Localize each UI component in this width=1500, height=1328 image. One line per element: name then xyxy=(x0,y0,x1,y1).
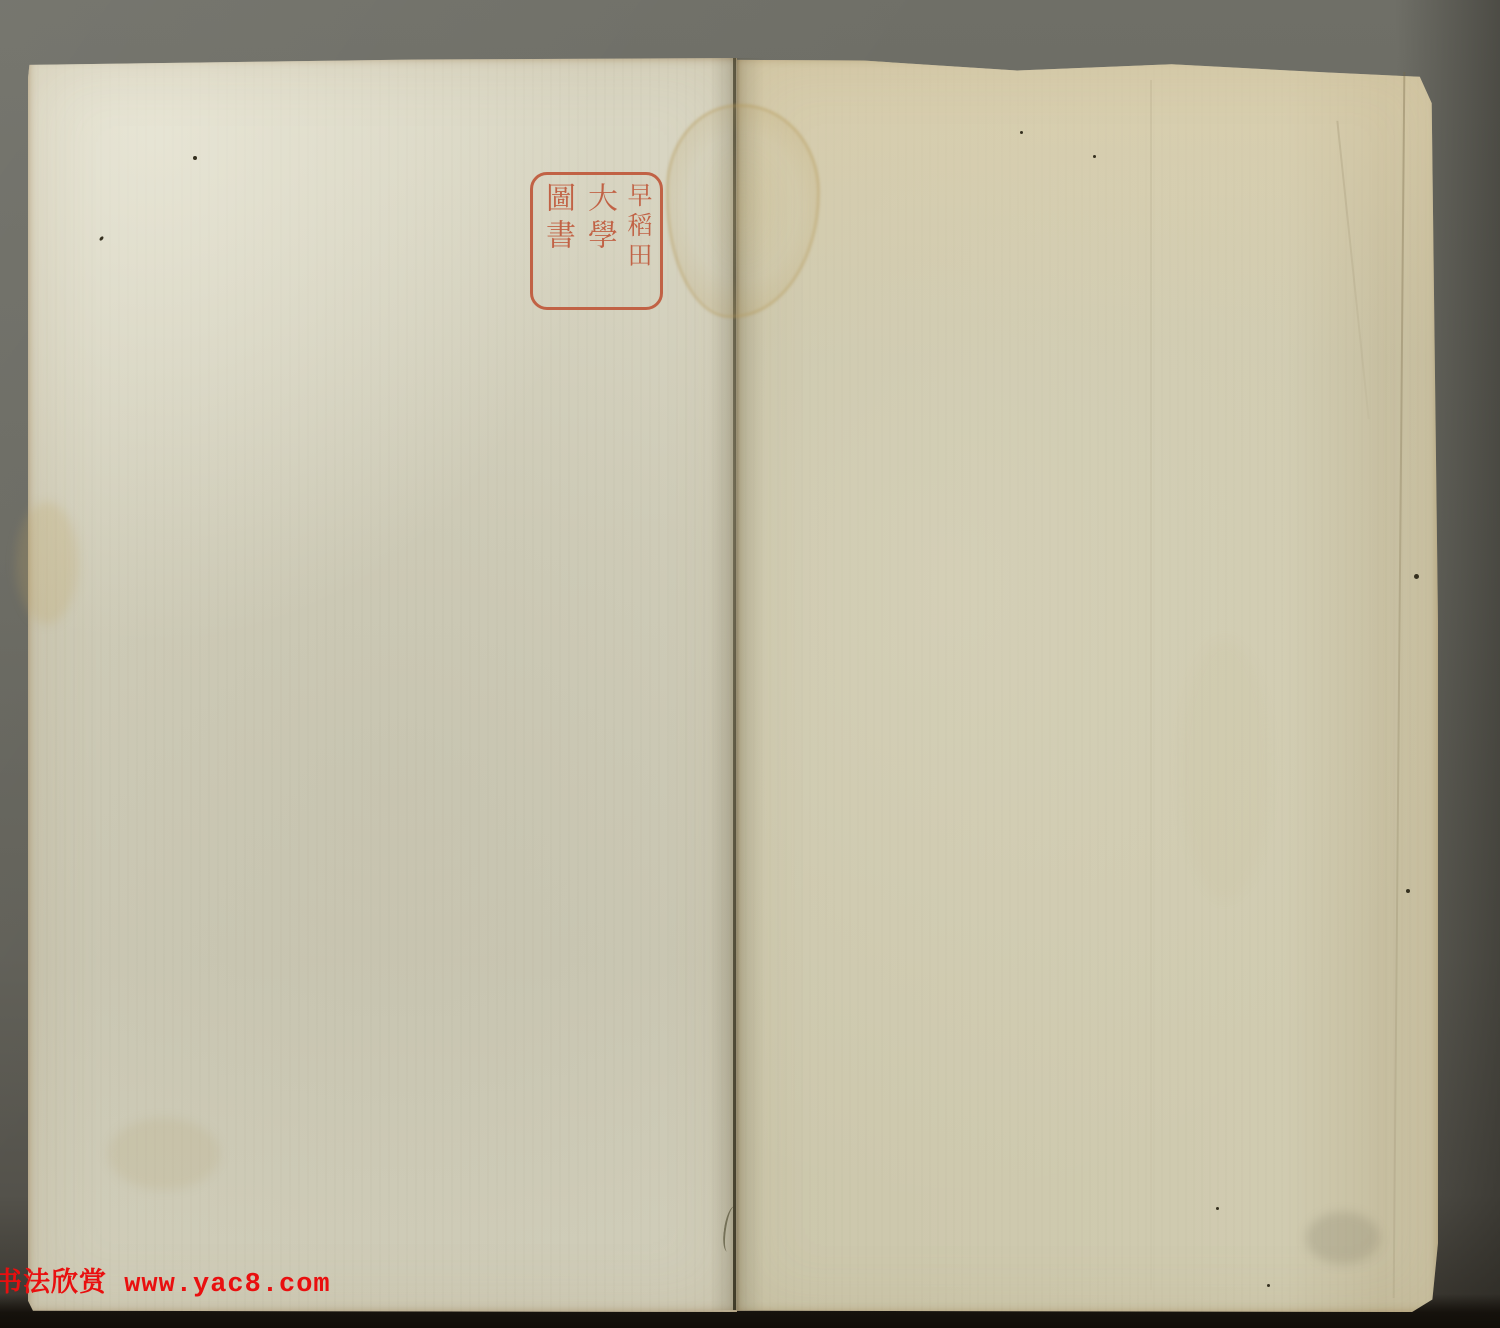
paper-speck xyxy=(1216,1207,1219,1210)
paper-speck xyxy=(193,156,197,160)
paper-speck xyxy=(1093,155,1096,158)
paper-speck xyxy=(1267,1284,1270,1287)
photo-of-open-book: 圖書 大學 早稻田 书法欣赏 www.yac8.com xyxy=(0,0,1500,1328)
stain-left-edge xyxy=(16,502,78,624)
right-page xyxy=(737,58,1438,1312)
page-crease xyxy=(1150,80,1152,1290)
site-watermark: 书法欣赏 www.yac8.com xyxy=(0,1260,331,1300)
seal-column-middle: 大學 xyxy=(584,182,614,300)
library-seal: 圖書 大學 早稻田 xyxy=(530,172,663,310)
paper-speck xyxy=(1414,574,1419,579)
stain-right-corner xyxy=(1306,1212,1380,1264)
paper-speck xyxy=(1406,889,1410,893)
seal-column-left: 圖書 xyxy=(542,182,572,300)
paper-speck xyxy=(1020,131,1023,134)
stain-bottom-left xyxy=(108,1118,220,1190)
page-sheen xyxy=(1180,640,1270,900)
seal-column-right: 早稻田 xyxy=(626,182,651,300)
